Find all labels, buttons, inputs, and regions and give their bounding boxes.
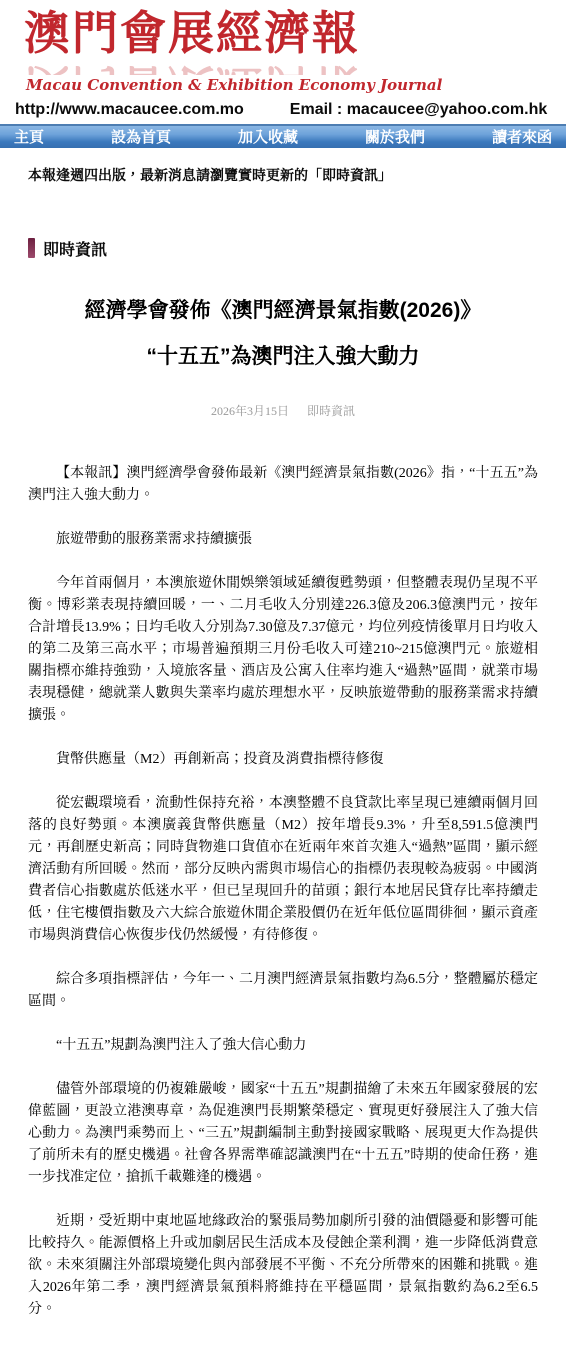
main-nav: 主頁 設為首頁 加入收藏 關於我們 讀者來函 bbox=[0, 124, 566, 148]
nav-item-add-favorite[interactable]: 加入收藏 bbox=[238, 126, 298, 147]
paragraph-subheading-plan: “十五五”規劃為澳門注入了強大信心動力 bbox=[28, 1035, 538, 1057]
section-accent-bar bbox=[28, 238, 35, 258]
masthead: 澳門會展經濟報 澳門會展經濟報 Macau Convention & Exhib… bbox=[0, 0, 566, 124]
article-date: 2026年3月15日 bbox=[211, 402, 289, 419]
paragraph-subheading-tourism: 旅遊帶動的服務業需求持續擴張 bbox=[28, 529, 538, 551]
paragraph-tourism-detail: 今年首兩個月，本澳旅遊休閒娛樂領域延續復甦勢頭，但整體表現仍呈現不平衡。博彩業表… bbox=[28, 573, 538, 727]
section-heading-label: 即時資訊 bbox=[43, 237, 107, 260]
article-title-line2: “十五五”為澳門注入強大動力 bbox=[44, 334, 522, 380]
article-title-line1: 經濟學會發佈《澳門經濟景氣指數(2026)》 bbox=[44, 288, 522, 334]
nav-item-home[interactable]: 主頁 bbox=[14, 126, 44, 147]
article-title: 經濟學會發佈《澳門經濟景氣指數(2026)》 “十五五”為澳門注入強大動力 bbox=[44, 288, 522, 380]
paragraph-m2-detail: 從宏觀環境看，流動性保持充裕，本澳整體不良貸款比率呈現已連續兩個月回落的良好勢頭… bbox=[28, 793, 538, 947]
paragraph-index-summary: 綜合多項指標評估，今年一、二月澳門經濟景氣指數均為6.5分，整體屬於穩定區間。 bbox=[28, 969, 538, 1013]
contact-row: http://www.macaucee.com.mo Email : macau… bbox=[0, 94, 566, 124]
logo-english-subtitle: Macau Convention & Exhibition Economy Jo… bbox=[0, 76, 566, 94]
site-url: http://www.macaucee.com.mo bbox=[15, 101, 244, 119]
section-heading: 即時資訊 bbox=[28, 237, 566, 260]
nav-item-about-us[interactable]: 關於我們 bbox=[365, 126, 425, 147]
logo-chinese-title: 澳門會展經濟報 bbox=[0, 8, 566, 60]
article-category: 即時資訊 bbox=[307, 402, 355, 419]
article-meta: 2026年3月15日 即時資訊 bbox=[0, 402, 566, 419]
logo-reflection: 澳門會展經濟報 bbox=[0, 60, 566, 75]
paragraph-plan-detail: 儘管外部環境的仍複雜嚴峻，國家“十五五”規劃描繪了未來五年國家發展的宏偉藍圖，更… bbox=[28, 1079, 538, 1189]
nav-item-set-homepage[interactable]: 設為首頁 bbox=[111, 126, 171, 147]
page: 澳門會展經濟報 澳門會展經濟報 Macau Convention & Exhib… bbox=[0, 0, 566, 1369]
logo[interactable]: 澳門會展經濟報 澳門會展經濟報 Macau Convention & Exhib… bbox=[0, 8, 566, 94]
paragraph-subheading-m2: 貨幣供應量（M2）再創新高；投資及消費指標待修復 bbox=[28, 749, 538, 771]
paragraph-outlook: 近期，受近期中東地區地緣政治的緊張局勢加劇所引發的油價隱憂和影響可能比較持久。能… bbox=[28, 1211, 538, 1321]
contact-email: Email : macaucee@yahoo.com.hk bbox=[290, 101, 547, 119]
article: 即時資訊 經濟學會發佈《澳門經濟景氣指數(2026)》 “十五五”為澳門注入強大… bbox=[0, 237, 566, 1369]
publication-notice: 本報逢週四出版，最新消息請瀏覽實時更新的「即時資訊」 bbox=[28, 165, 538, 185]
article-body: 【本報訊】澳門經濟學會發佈最新《澳門經濟景氣指數(2026》指，“十五五”為澳門… bbox=[28, 463, 538, 1369]
paragraph-intro: 【本報訊】澳門經濟學會發佈最新《澳門經濟景氣指數(2026》指，“十五五”為澳門… bbox=[28, 463, 538, 507]
nav-item-reader-letters[interactable]: 讀者來函 bbox=[492, 126, 552, 147]
